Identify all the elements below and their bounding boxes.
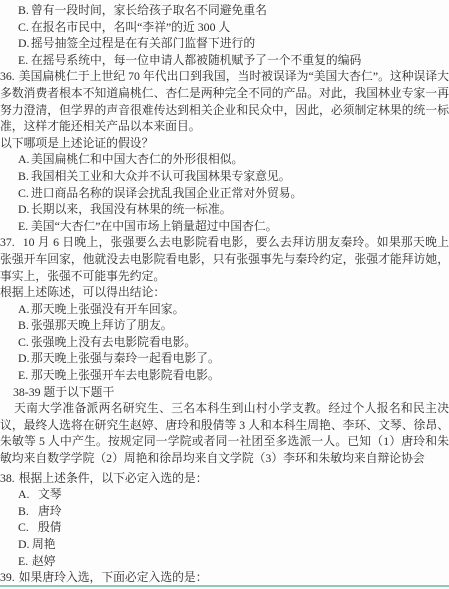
option-text: 进口商品名称的误译会扰乱我国企业正常对外贸易。 (31, 186, 302, 200)
question-number: 37. (0, 235, 15, 249)
option-letter: D. (18, 536, 32, 553)
question-number: 38. (0, 471, 15, 485)
option-letter: C. (18, 519, 38, 536)
option-row: E.在摇号系统中，每一位申请人都被随机赋予了一个不重复的编码 (0, 52, 449, 69)
option-row: A.那天晚上张强没有开车回家。 (0, 301, 449, 318)
option-row: E.赵婷 (0, 553, 449, 570)
question-37-prompt: 根据上述陈述，可以得出结论： (0, 284, 449, 301)
question-36-options-list: A.美国扁桃仁和中国大杏仁的外形很相似。 B.我国相关工业和大众并不认可我国林果… (0, 151, 449, 234)
option-letter: A. (18, 301, 31, 318)
option-letter: D. (18, 350, 31, 367)
question-stem-text: 美国扁桃仁于上世纪 70 年代出口到我国，当时被误译为“美国大杏仁”。这种误译大… (0, 69, 449, 133)
option-text: 唐玲 (38, 504, 62, 518)
option-text: 在摇号系统中，每一位申请人都被随机赋予了一个不重复的编码 (31, 53, 361, 67)
option-letter: A. (18, 151, 31, 168)
question-stem-text: 10 月 6 日晚上，张强要么去电影院看电影，要么去拜访朋友秦玲。如果那天晚上张… (0, 235, 449, 282)
option-letter: E. (18, 52, 31, 69)
option-text: 美国扁桃仁和中国大杏仁的外形很相似。 (31, 152, 243, 166)
option-row: B.我国相关工业和大众并不认可我国林果专家意见。 (0, 168, 449, 185)
option-row: D.长期以来，我国没有林果的统一标准。 (0, 201, 449, 218)
question-number: 39. (0, 570, 15, 584)
option-text: 那天晚上张强没有开车回家。 (31, 302, 184, 316)
option-row: C.殷倩 (0, 519, 449, 536)
option-row: C.在报名市民中，名叫“李祥”的近 300 人 (0, 19, 449, 36)
option-letter: B. (18, 168, 31, 185)
group-question-header: 38-39 题于以下题干 (0, 384, 449, 401)
option-text: 那天晚上张强与秦玲一起看电影了。 (31, 351, 220, 365)
option-row: E.那天晚上张强开车去电影院看电影。 (0, 367, 449, 384)
option-text: 曾有一段时间，家长给孩子取名不同避免重名 (31, 3, 267, 17)
option-row: A.文琴 (0, 486, 449, 503)
question-37-options-list: A.那天晚上张强没有开车回家。 B.张强那天晚上拜访了朋友。 C.张强晚上没有去… (0, 301, 449, 384)
option-text: 长期以来，我国没有林果的统一标准。 (31, 202, 232, 216)
option-text: 摇号抽签全过程是在有关部门监督下进行的 (31, 36, 255, 50)
option-letter: B. (18, 317, 31, 334)
option-text: 殷倩 (38, 520, 62, 534)
question-prompt-text: 如果唐玲入选，下面必定入选的是： (19, 570, 208, 584)
option-row: B.唐玲 (0, 503, 449, 520)
option-row: E.美国“大杏仁”在中国市场上销量超过中国杏仁。 (0, 218, 449, 235)
option-text: 文琴 (38, 487, 62, 501)
option-row: C.张强晚上没有去电影院看电影。 (0, 334, 449, 351)
question-prompt-text: 根据上述条件，以下必定入选的是： (19, 471, 208, 485)
option-letter: D. (18, 201, 31, 218)
question-35-options-list: B.曾有一段时间，家长给孩子取名不同避免重名 C.在报名市民中，名叫“李祥”的近… (0, 2, 449, 68)
option-letter: C. (18, 334, 31, 351)
question-38-block: 38.根据上述条件，以下必定入选的是： A.文琴 B.唐玲 C.殷倩 D.周艳 … (0, 470, 449, 570)
group-question-stem: 天南大学准备派两名研究生、三名本科生到山村小学支教。经过个人报名和民主决议，最终… (0, 400, 449, 466)
question-number: 36. (0, 69, 15, 83)
question-36-stem: 36.美国扁桃仁于上世纪 70 年代出口到我国，当时被误译为“美国大杏仁”。这种… (0, 68, 449, 134)
option-letter: B. (18, 2, 31, 19)
question-39-prompt: 39.如果唐玲入选，下面必定入选的是： (0, 569, 449, 586)
option-row: B.张强那天晚上拜访了朋友。 (0, 317, 449, 334)
option-text: 那天晚上张强开车去电影院看电影。 (31, 368, 220, 382)
option-letter: A. (18, 486, 38, 503)
option-text: 赵婷 (32, 554, 56, 568)
option-letter: E. (18, 367, 31, 384)
option-letter: E. (18, 218, 31, 235)
option-text: 美国“大杏仁”在中国市场上销量超过中国杏仁。 (31, 219, 277, 233)
option-text: 周艳 (32, 537, 56, 551)
option-row: B.曾有一段时间，家长给孩子取名不同避免重名 (0, 2, 449, 19)
option-row: D.摇号抽签全过程是在有关部门监督下进行的 (0, 35, 449, 52)
option-text: 张强晚上没有去电影院看电影。 (31, 335, 196, 349)
question-36-prompt: 以下哪项是上述论证的假设？ (0, 135, 449, 152)
option-text: 我国相关工业和大众并不认可我国林果专家意见。 (31, 169, 291, 183)
option-text: 张强那天晚上拜访了朋友。 (31, 318, 173, 332)
option-letter: D. (18, 35, 31, 52)
bottom-divider (0, 585, 449, 587)
option-letter: C. (18, 185, 31, 202)
exam-document-page: B.曾有一段时间，家长给孩子取名不同避免重名 C.在报名市民中，名叫“李祥”的近… (0, 0, 449, 589)
option-row: D.周艳 (0, 536, 449, 553)
option-row: D.那天晚上张强与秦玲一起看电影了。 (0, 350, 449, 367)
option-row: C.进口商品名称的误译会扰乱我国企业正常对外贸易。 (0, 185, 449, 202)
option-letter: C. (18, 19, 31, 36)
option-letter: E. (18, 553, 32, 570)
option-row: A.美国扁桃仁和中国大杏仁的外形很相似。 (0, 151, 449, 168)
option-text: 在报名市民中，名叫“李祥”的近 300 人 (31, 20, 230, 34)
question-37-stem: 37.10 月 6 日晚上，张强要么去电影院看电影，要么去拜访朋友秦玲。如果那天… (0, 234, 449, 284)
option-letter: B. (18, 503, 38, 520)
question-38-prompt: 38.根据上述条件，以下必定入选的是： (0, 470, 449, 487)
question-38-options-list: A.文琴 B.唐玲 C.殷倩 D.周艳 E.赵婷 (0, 486, 449, 569)
